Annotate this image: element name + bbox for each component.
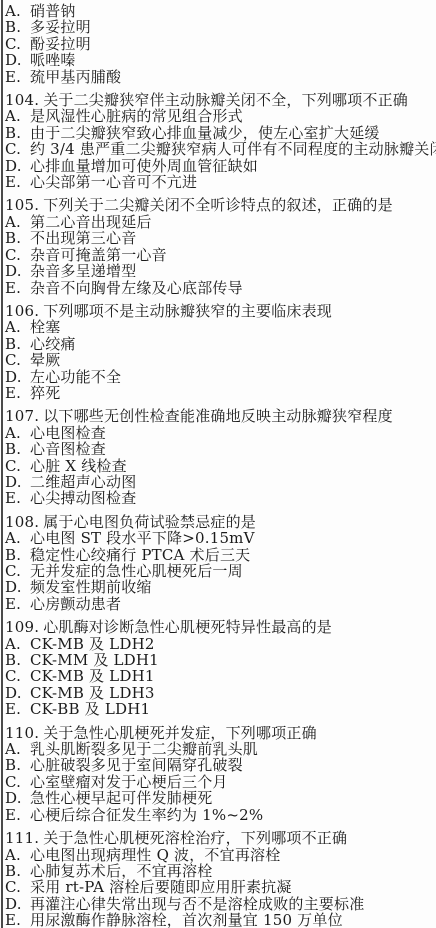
question-title-text: 以下哪些无创性检查能准确地反映主动脉瓣狭窄程度 [43, 407, 393, 425]
option-row: C.无并发症的急性心肌梗死后一周 [5, 563, 436, 579]
option-row: A.是风湿性心脏病的常见组合形式 [5, 108, 436, 124]
question-title-text: 属于心电图负荷试验禁忌症的是 [43, 513, 256, 531]
option-text: 频发室性期前收缩 [30, 579, 436, 595]
option-text: 心尖部第一心音可不亢进 [30, 174, 436, 190]
option-letter: C. [5, 352, 30, 368]
option-row: A.CK-MB 及 LDH2 [5, 636, 436, 652]
option-text: 急性心梗早起可伴发肺梗死 [30, 790, 436, 806]
question-block: 104.关于二尖瓣狭窄伴主动脉瓣关闭不全，下列哪项不正确A.是风湿性心脏病的常见… [5, 92, 436, 190]
option-text: CK-MB 及 LDH2 [30, 636, 436, 652]
option-row: E.猝死 [5, 385, 436, 401]
option-row: D.左心功能不全 [5, 369, 436, 385]
question-block: 109.心肌酶对诊断急性心肌梗死特异性最高的是A.CK-MB 及 LDH2B.C… [5, 619, 436, 717]
option-row: A.心电图出现病理性 Q 波，不宜再溶栓 [5, 847, 436, 863]
question-title: 111.关于急性心肌梗死溶栓治疗，下列哪项不正确 [5, 830, 436, 846]
option-letter: E. [5, 174, 30, 190]
option-letter: B. [5, 230, 30, 246]
question-title-text: 关于急性心肌梗死溶栓治疗，下列哪项不正确 [43, 829, 347, 847]
option-row: E.心梗后综合征发生率约为 1%~2% [5, 807, 436, 823]
option-text: 巯甲基丙脯酸 [30, 69, 436, 85]
option-row: B.CK-MM 及 LDH1 [5, 652, 436, 668]
option-text: 是风湿性心脏病的常见组合形式 [30, 108, 436, 124]
option-row: E.CK-BB 及 LDH1 [5, 701, 436, 717]
option-letter: B. [5, 336, 30, 352]
option-text: 心电图检查 [30, 425, 436, 441]
option-text: 酚妥拉明 [30, 36, 436, 52]
question-block-continued: A.硝普钠B.多妥拉明C.酚妥拉明D.哌唑嗪E.巯甲基丙脯酸 [5, 3, 436, 85]
option-letter: A. [5, 3, 30, 19]
option-row: B.由于二尖瓣狭窄致心排血量减少，使左心室扩大延缓 [5, 125, 436, 141]
option-letter: B. [5, 652, 30, 668]
document-page: A.硝普钠B.多妥拉明C.酚妥拉明D.哌唑嗪E.巯甲基丙脯酸104.关于二尖瓣狭… [0, 0, 436, 928]
option-text: 第二心音出现延后 [30, 214, 436, 230]
option-letter: E. [5, 596, 30, 612]
option-letter: A. [5, 741, 30, 757]
question-number: 105. [5, 197, 39, 213]
question-title-text: 关于二尖瓣狭窄伴主动脉瓣关闭不全，下列哪项不正确 [43, 91, 408, 109]
question-title-text: 下列哪项不是主动脉瓣狭窄的主要临床表现 [43, 302, 332, 320]
option-text: CK-MB 及 LDH3 [30, 685, 436, 701]
option-letter: A. [5, 214, 30, 230]
option-letter: A. [5, 425, 30, 441]
option-text: 稳定性心绞痛行 PTCA 术后三天 [30, 547, 436, 563]
option-row: A.乳头肌断裂多见于二尖瓣前乳头肌 [5, 741, 436, 757]
question-number: 104. [5, 92, 39, 108]
question-title: 106.下列哪项不是主动脉瓣狭窄的主要临床表现 [5, 303, 436, 319]
option-text: 杂音可掩盖第一心音 [30, 247, 436, 263]
option-row: E.用尿激酶作静脉溶栓，首次剂量宜 150 万单位 [5, 912, 436, 928]
option-row: E.心房颤动患者 [5, 596, 436, 612]
option-text: 杂音多呈递增型 [30, 263, 436, 279]
option-text: 心梗后综合征发生率约为 1%~2% [30, 807, 436, 823]
option-letter: E. [5, 280, 30, 296]
option-text: CK-BB 及 LDH1 [30, 701, 436, 717]
option-row: E.杂音不向胸骨左缘及心底部传导 [5, 280, 436, 296]
option-text: 心脏 X 线检查 [30, 458, 436, 474]
question-title-text: 下列关于二尖瓣关闭不全听诊特点的叙述，正确的是 [43, 196, 393, 214]
option-letter: A. [5, 636, 30, 652]
option-text: 硝普钠 [30, 3, 436, 19]
option-row: C.晕厥 [5, 352, 436, 368]
option-text: 晕厥 [30, 352, 436, 368]
option-letter: E. [5, 807, 30, 823]
page-edge-line [1, 0, 3, 928]
option-text: 约 3/4 患严重二尖瓣狭窄病人可伴有不同程度的主动脉瓣关闭不全 [30, 141, 436, 157]
option-letter: A. [5, 530, 30, 546]
question-list: A.硝普钠B.多妥拉明C.酚妥拉明D.哌唑嗪E.巯甲基丙脯酸104.关于二尖瓣狭… [5, 3, 436, 928]
option-text: 左心功能不全 [30, 369, 436, 385]
question-title: 104.关于二尖瓣狭窄伴主动脉瓣关闭不全，下列哪项不正确 [5, 92, 436, 108]
option-text: 二维超声心动图 [30, 474, 436, 490]
option-text: 心室壁瘤对发于心梗后三个月 [30, 774, 436, 790]
option-text: CK-MM 及 LDH1 [30, 652, 436, 668]
option-letter: D. [5, 369, 30, 385]
option-letter: A. [5, 319, 30, 335]
option-row: C.心室壁瘤对发于心梗后三个月 [5, 774, 436, 790]
option-text: 心尖搏动图检查 [30, 490, 436, 506]
option-row: B.不出现第三心音 [5, 230, 436, 246]
question-number: 111. [5, 830, 39, 846]
option-letter: C. [5, 668, 30, 684]
option-letter: C. [5, 879, 30, 895]
option-row: D.二维超声心动图 [5, 474, 436, 490]
question-title: 107.以下哪些无创性检查能准确地反映主动脉瓣狭窄程度 [5, 408, 436, 424]
option-row: B.心脏破裂多见于室间隔穿孔破裂 [5, 757, 436, 773]
option-letter: A. [5, 108, 30, 124]
option-row: C.酚妥拉明 [5, 36, 436, 52]
option-row: A.心电图 ST 段水平下降>0.15mV [5, 530, 436, 546]
question-number: 106. [5, 303, 39, 319]
option-letter: E. [5, 385, 30, 401]
option-row: A.栓塞 [5, 319, 436, 335]
option-row: E.心尖搏动图检查 [5, 490, 436, 506]
option-row: D.哌唑嗪 [5, 52, 436, 68]
question-block: 110.关于急性心肌梗死并发症，下列哪项正确A.乳头肌断裂多见于二尖瓣前乳头肌B… [5, 725, 436, 823]
option-letter: C. [5, 247, 30, 263]
option-text: 心房颤动患者 [30, 596, 436, 612]
option-row: A.心电图检查 [5, 425, 436, 441]
option-letter: B. [5, 441, 30, 457]
option-row: E.心尖部第一心音可不亢进 [5, 174, 436, 190]
option-text: 采用 rt-PA 溶栓后要随即应用肝素抗凝 [30, 879, 436, 895]
question-number: 107. [5, 408, 39, 424]
option-row: D.频发室性期前收缩 [5, 579, 436, 595]
option-text: 栓塞 [30, 319, 436, 335]
option-letter: A. [5, 847, 30, 863]
option-row: B.心音图检查 [5, 441, 436, 457]
option-row: D.杂音多呈递增型 [5, 263, 436, 279]
option-row: B.心肺复苏术后，不宜再溶栓 [5, 863, 436, 879]
option-letter: C. [5, 458, 30, 474]
option-text: 用尿激酶作静脉溶栓，首次剂量宜 150 万单位 [30, 912, 436, 928]
option-text: 心绞痛 [30, 336, 436, 352]
option-row: C.约 3/4 患严重二尖瓣狭窄病人可伴有不同程度的主动脉瓣关闭不全 [5, 141, 436, 157]
option-text: 哌唑嗪 [30, 52, 436, 68]
option-row: A.硝普钠 [5, 3, 436, 19]
option-text: 由于二尖瓣狭窄致心排血量减少，使左心室扩大延缓 [30, 125, 436, 141]
option-row: B.多妥拉明 [5, 19, 436, 35]
option-text: 心肺复苏术后，不宜再溶栓 [30, 863, 436, 879]
option-text: 心电图出现病理性 Q 波，不宜再溶栓 [30, 847, 436, 863]
option-letter: D. [5, 263, 30, 279]
question-block: 107.以下哪些无创性检查能准确地反映主动脉瓣狭窄程度A.心电图检查B.心音图检… [5, 408, 436, 506]
option-letter: B. [5, 757, 30, 773]
option-letter: D. [5, 579, 30, 595]
option-letter: C. [5, 774, 30, 790]
question-title: 108.属于心电图负荷试验禁忌症的是 [5, 514, 436, 530]
question-block: 108.属于心电图负荷试验禁忌症的是A.心电图 ST 段水平下降>0.15mVB… [5, 514, 436, 612]
option-text: 猝死 [30, 385, 436, 401]
option-row: D.再灌注心律失常出现与否不是溶栓成败的主要标准 [5, 896, 436, 912]
option-row: E.巯甲基丙脯酸 [5, 69, 436, 85]
option-letter: D. [5, 685, 30, 701]
option-letter: D. [5, 790, 30, 806]
option-text: 无并发症的急性心肌梗死后一周 [30, 563, 436, 579]
option-letter: E. [5, 69, 30, 85]
option-letter: D. [5, 52, 30, 68]
option-row: C.杂音可掩盖第一心音 [5, 247, 436, 263]
option-text: 乳头肌断裂多见于二尖瓣前乳头肌 [30, 741, 436, 757]
option-row: B.心绞痛 [5, 336, 436, 352]
option-text: 多妥拉明 [30, 19, 436, 35]
option-letter: C. [5, 563, 30, 579]
option-letter: D. [5, 474, 30, 490]
option-letter: D. [5, 896, 30, 912]
option-row: D.急性心梗早起可伴发肺梗死 [5, 790, 436, 806]
option-letter: B. [5, 863, 30, 879]
question-number: 108. [5, 514, 39, 530]
question-title-text: 关于急性心肌梗死并发症，下列哪项正确 [43, 724, 317, 742]
option-text: 杂音不向胸骨左缘及心底部传导 [30, 280, 436, 296]
option-letter: E. [5, 912, 30, 928]
option-letter: B. [5, 547, 30, 563]
question-title: 105.下列关于二尖瓣关闭不全听诊特点的叙述，正确的是 [5, 197, 436, 213]
option-letter: C. [5, 36, 30, 52]
question-block: 106.下列哪项不是主动脉瓣狭窄的主要临床表现A.栓塞B.心绞痛C.晕厥D.左心… [5, 303, 436, 401]
question-title: 109.心肌酶对诊断急性心肌梗死特异性最高的是 [5, 619, 436, 635]
option-text: CK-MB 及 LDH1 [30, 668, 436, 684]
question-block: 111.关于急性心肌梗死溶栓治疗，下列哪项不正确A.心电图出现病理性 Q 波，不… [5, 830, 436, 928]
option-text: 心电图 ST 段水平下降>0.15mV [30, 530, 436, 546]
question-title-text: 心肌酶对诊断急性心肌梗死特异性最高的是 [43, 618, 332, 636]
option-row: A.第二心音出现延后 [5, 214, 436, 230]
option-row: C.CK-MB 及 LDH1 [5, 668, 436, 684]
question-title: 110.关于急性心肌梗死并发症，下列哪项正确 [5, 725, 436, 741]
option-text: 心音图检查 [30, 441, 436, 457]
option-letter: B. [5, 19, 30, 35]
option-letter: B. [5, 125, 30, 141]
question-block: 105.下列关于二尖瓣关闭不全听诊特点的叙述，正确的是A.第二心音出现延后B.不… [5, 197, 436, 295]
option-text: 心排血量增加可使外周血管征缺如 [30, 158, 436, 174]
option-letter: C. [5, 141, 30, 157]
option-row: D.心排血量增加可使外周血管征缺如 [5, 158, 436, 174]
option-row: B.稳定性心绞痛行 PTCA 术后三天 [5, 547, 436, 563]
option-text: 心脏破裂多见于室间隔穿孔破裂 [30, 757, 436, 773]
option-letter: E. [5, 490, 30, 506]
option-letter: E. [5, 701, 30, 717]
option-row: C.采用 rt-PA 溶栓后要随即应用肝素抗凝 [5, 879, 436, 895]
question-number: 109. [5, 619, 39, 635]
option-row: D.CK-MB 及 LDH3 [5, 685, 436, 701]
option-letter: D. [5, 158, 30, 174]
option-text: 再灌注心律失常出现与否不是溶栓成败的主要标准 [30, 896, 436, 912]
option-text: 不出现第三心音 [30, 230, 436, 246]
question-number: 110. [5, 725, 39, 741]
option-row: C.心脏 X 线检查 [5, 458, 436, 474]
